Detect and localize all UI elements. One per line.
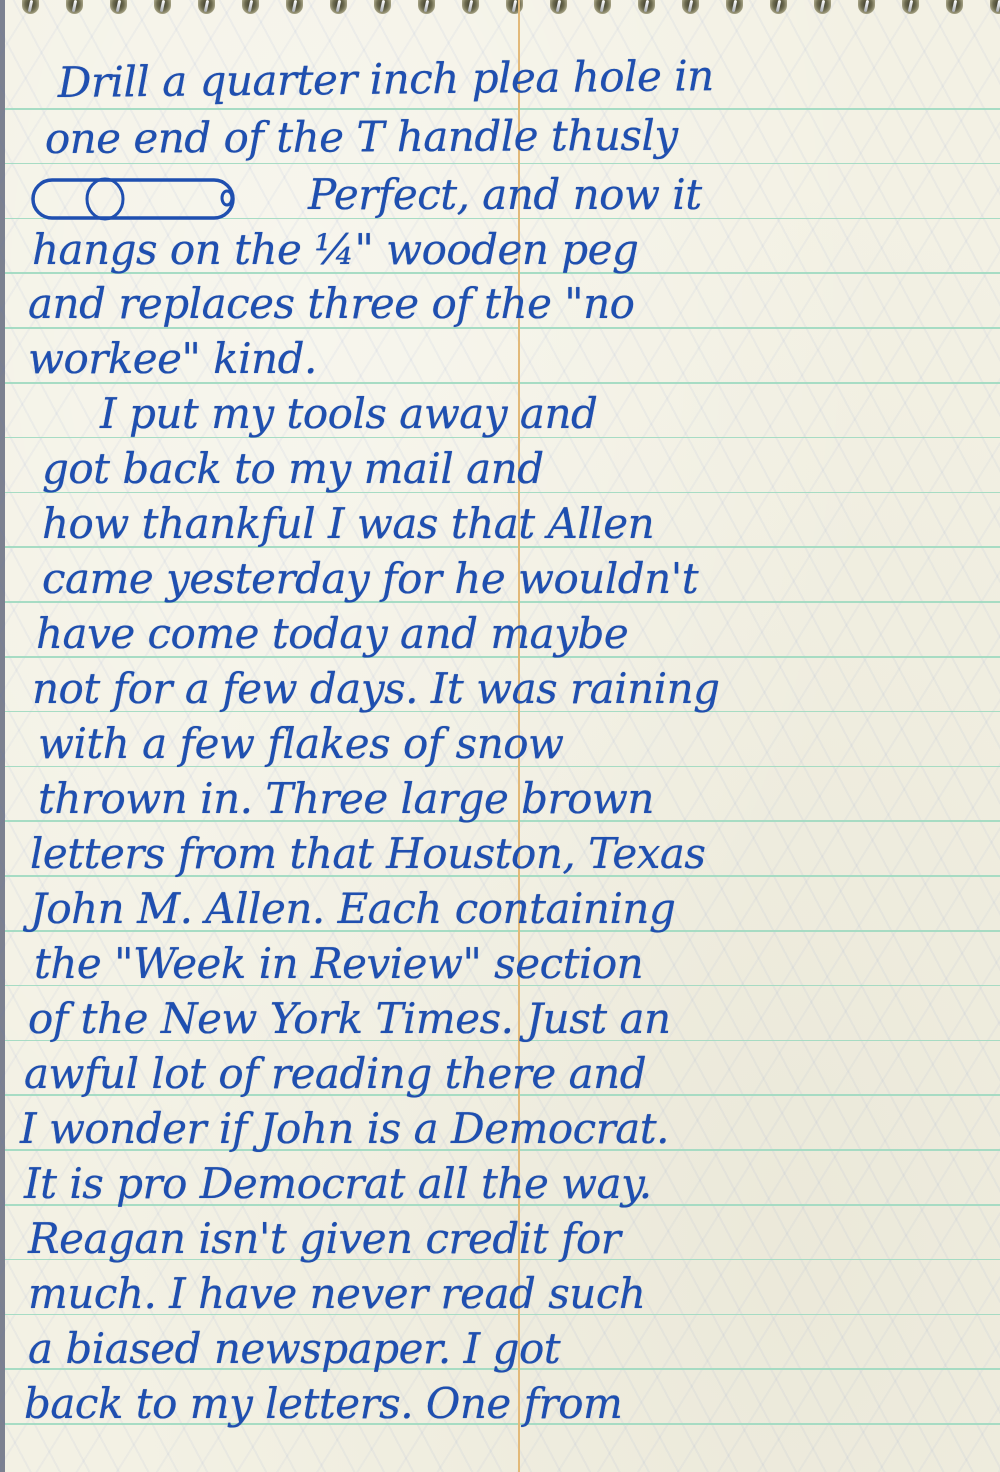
text-line: Perfect, and now it [308, 174, 702, 216]
text-line: Drill a quarter inch plea hole in [58, 55, 714, 104]
text-line: much. I have never read such [28, 1273, 645, 1315]
text-line: and replaces three of the "no [28, 283, 634, 325]
text-line: came yesterday for he wouldn't [42, 558, 698, 600]
text-line: workee" kind. [28, 338, 317, 380]
text-line: letters from that Houston, Texas [30, 833, 705, 875]
text-line: back to my letters. One from [24, 1383, 622, 1425]
text-line: not for a few days. It was raining [32, 668, 720, 710]
text-line: of the New York Times. Just an [28, 998, 671, 1040]
text-line: with a few flakes of snow [38, 723, 564, 765]
text-line: hangs on the ¼" wooden peg [32, 229, 638, 271]
text-line: It is pro Democrat all the way. [24, 1163, 652, 1205]
text-line: Reagan isn't given credit for [28, 1218, 620, 1260]
text-line: a biased newspaper. I got [28, 1328, 560, 1370]
text-line: the "Week in Review" section [34, 943, 643, 985]
text-line: got back to my mail and [42, 448, 544, 490]
handwritten-text: Drill a quarter inch plea hole in one en… [0, 0, 1000, 1472]
text-line: awful lot of reading there and [24, 1053, 646, 1095]
text-line: John M. Allen. Each containing [30, 888, 675, 930]
notebook-page: Drill a quarter inch plea hole in one en… [0, 0, 1000, 1472]
text-line: thrown in. Three large brown [38, 778, 654, 820]
text-line: I wonder if John is a Democrat. [20, 1108, 669, 1150]
text-line: one end of the T handle thusly [45, 115, 678, 160]
text-line: I put my tools away and [100, 393, 597, 435]
text-line: have come today and maybe [36, 613, 628, 655]
text-line: how thankful I was that Allen [42, 503, 654, 545]
